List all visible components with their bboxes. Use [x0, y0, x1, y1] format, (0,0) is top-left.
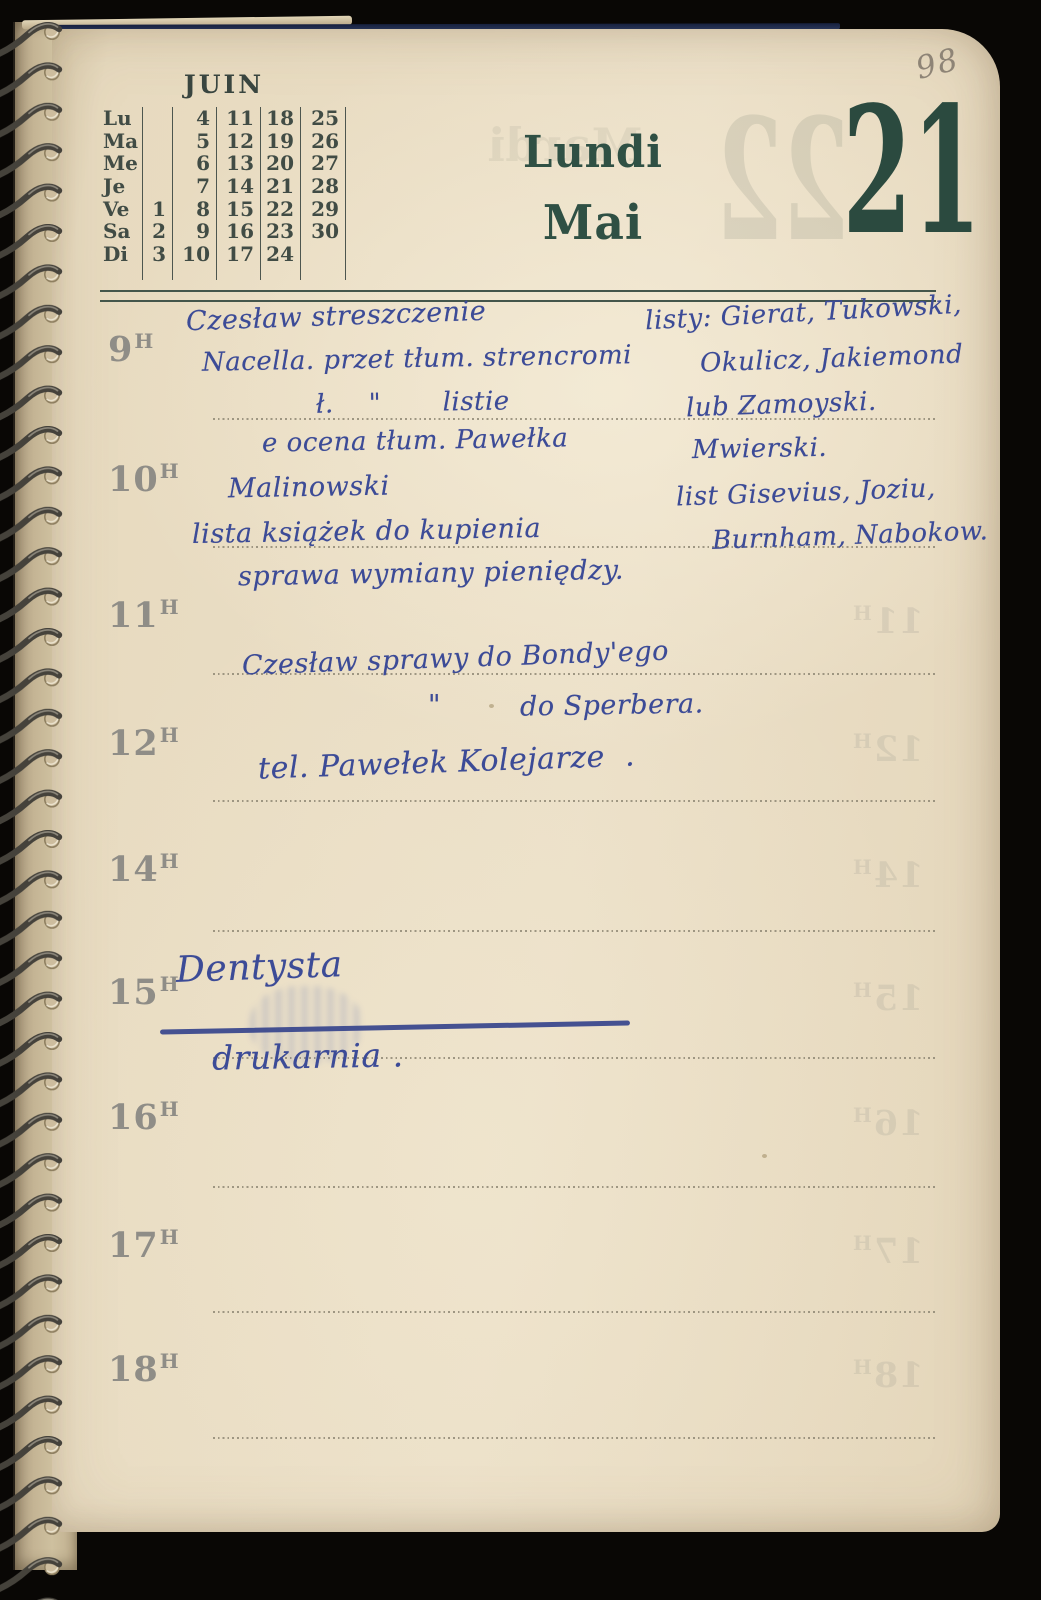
calendar-cell: 22 [260, 198, 300, 221]
calendar-cell: 12 [216, 130, 260, 153]
calendar-cell: 17 [216, 243, 260, 266]
calendar-cell [142, 152, 172, 175]
handwritten-note: lista książek do kupienia [192, 515, 542, 548]
showthrough-hour-label: 14H [852, 858, 924, 893]
hour-label-9h: 9H [108, 332, 154, 367]
calendar-grid-filler [142, 266, 172, 280]
calendar-cell: 21 [260, 175, 300, 198]
calendar-day-label: Je [100, 175, 142, 198]
mini-calendar-month: JUIN [100, 70, 348, 99]
calendar-cell: 19 [260, 130, 300, 153]
hour-label-17h: 17H [108, 1228, 180, 1263]
showthrough-hour-label: 16H [852, 1106, 924, 1141]
calendar-day-label: Ve [100, 198, 142, 221]
calendar-cell: 1 [142, 198, 172, 221]
hour-label-11h: 11H [108, 598, 180, 633]
calendar-cell [142, 130, 172, 153]
hour-label-15h: 15H [108, 975, 180, 1010]
showthrough-hour-label: 17H [852, 1234, 924, 1269]
handwritten-note: Mwierski. [692, 435, 828, 463]
calendar-grid-filler [100, 266, 142, 280]
hour-ruled-line [213, 930, 935, 932]
calendar-cell: 26 [300, 130, 346, 153]
calendar-day-label: Lu [100, 107, 142, 130]
calendar-grid-filler [216, 266, 260, 280]
weekday-label: Lundi [451, 131, 736, 175]
month-label: Mai [451, 199, 736, 247]
handwritten-note: lub Zamoyski. [686, 389, 878, 422]
calendar-grid-filler [172, 266, 216, 280]
calendar-cell [142, 175, 172, 198]
spiral-binding [0, 20, 86, 1600]
calendar-cell: 25 [300, 107, 346, 130]
calendar-cell [300, 243, 346, 266]
hour-label-10h: 10H [108, 462, 180, 497]
handwritten-note: do Sperbera. [520, 690, 704, 720]
calendar-cell: 15 [216, 198, 260, 221]
calendar-cell: 9 [172, 220, 216, 243]
hour-label-16h: 16H [108, 1100, 180, 1135]
calendar-cell: 10 [172, 243, 216, 266]
paper-speck [489, 704, 494, 708]
scanned-diary-page: JUIN Lu4111825Ma5121926Me6132027Je714212… [0, 0, 1041, 1600]
calendar-cell: 7 [172, 175, 216, 198]
showthrough-hour-label: 18H [852, 1358, 924, 1393]
handwritten-note: e ocena tłum. Pawełka [262, 425, 569, 456]
hour-ruled-line [213, 1186, 935, 1188]
showthrough-hour-label: 12H [852, 732, 924, 767]
calendar-cell: 2 [142, 220, 172, 243]
hour-ruled-line [213, 1311, 935, 1313]
calendar-cell: 11 [216, 107, 260, 130]
showthrough-hour-label: 11H [852, 604, 924, 639]
calendar-grid-filler [300, 266, 346, 280]
day-number: 21 [843, 84, 929, 259]
hour-label-18h: 18H [108, 1352, 180, 1387]
calendar-cell: 3 [142, 243, 172, 266]
handwritten-note: sprawa wymiany pieniędzy. [238, 557, 624, 591]
calendar-cell: 18 [260, 107, 300, 130]
hour-ruled-line [213, 800, 935, 802]
handwritten-note: Nacella. przet tłum. strencromi [202, 342, 632, 376]
calendar-cell: 24 [260, 243, 300, 266]
calendar-cell: 14 [216, 175, 260, 198]
calendar-cell: 4 [172, 107, 216, 130]
mini-calendar-grid: Lu4111825Ma5121926Me6132027Je7142128Ve18… [100, 107, 346, 289]
hour-ruled-line [213, 1437, 935, 1439]
calendar-day-label: Di [100, 243, 142, 266]
paper-speck [762, 1154, 767, 1158]
handwritten-note: ł. " listie [316, 388, 510, 417]
hour-label-14h: 14H [108, 852, 180, 887]
calendar-day-label: Me [100, 152, 142, 175]
calendar-cell: 29 [300, 198, 346, 221]
calendar-day-label: Sa [100, 220, 142, 243]
calendar-day-label: Ma [100, 130, 142, 153]
calendar-cell: 30 [300, 220, 346, 243]
handwritten-note: Malinowski [228, 473, 390, 503]
hour-label-12h: 12H [108, 726, 180, 761]
calendar-cell: 6 [172, 152, 216, 175]
calendar-grid-filler [260, 266, 300, 280]
calendar-cell: 23 [260, 220, 300, 243]
calendar-cell: 16 [216, 220, 260, 243]
calendar-cell [142, 107, 172, 130]
calendar-cell: 28 [300, 175, 346, 198]
calendar-cell: 5 [172, 130, 216, 153]
handwritten-note: Dentysta [175, 947, 343, 989]
showthrough-hour-label: 15H [852, 981, 924, 1016]
calendar-cell: 8 [172, 198, 216, 221]
handwritten-note: drukarnia . [212, 1038, 404, 1074]
calendar-cell: 20 [260, 152, 300, 175]
calendar-cell: 27 [300, 152, 346, 175]
handwritten-note: " [428, 692, 441, 719]
calendar-cell: 13 [216, 152, 260, 175]
